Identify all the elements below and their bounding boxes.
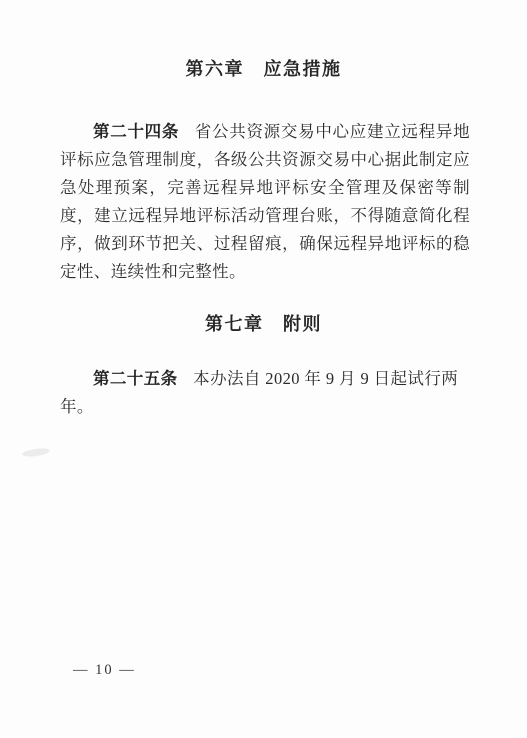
article-25-label: 第二十五条 [93,369,178,388]
article-24-paragraph: 第二十四条省公共资源交易中心应建立远程异地评标应急管理制度，各级公共资源交易中心… [60,118,470,286]
article-24-text: 省公共资源交易中心应建立远程异地评标应急管理制度，各级公共资源交易中心据此制定应… [60,122,470,281]
document-page: 第六章 应急措施 第二十四条省公共资源交易中心应建立远程异地评标应急管理制度，各… [0,0,527,738]
chapter-7-heading: 第七章 附则 [0,312,527,336]
article-25-paragraph: 第二十五条本办法自 2020 年 9 月 9 日起试行两年。 [60,365,470,421]
scan-artifact-smudge [22,447,51,458]
chapter-6-heading: 第六章 应急措施 [0,0,527,81]
page-number: — 10 — [73,662,136,679]
article-24-label: 第二十四条 [93,122,179,141]
